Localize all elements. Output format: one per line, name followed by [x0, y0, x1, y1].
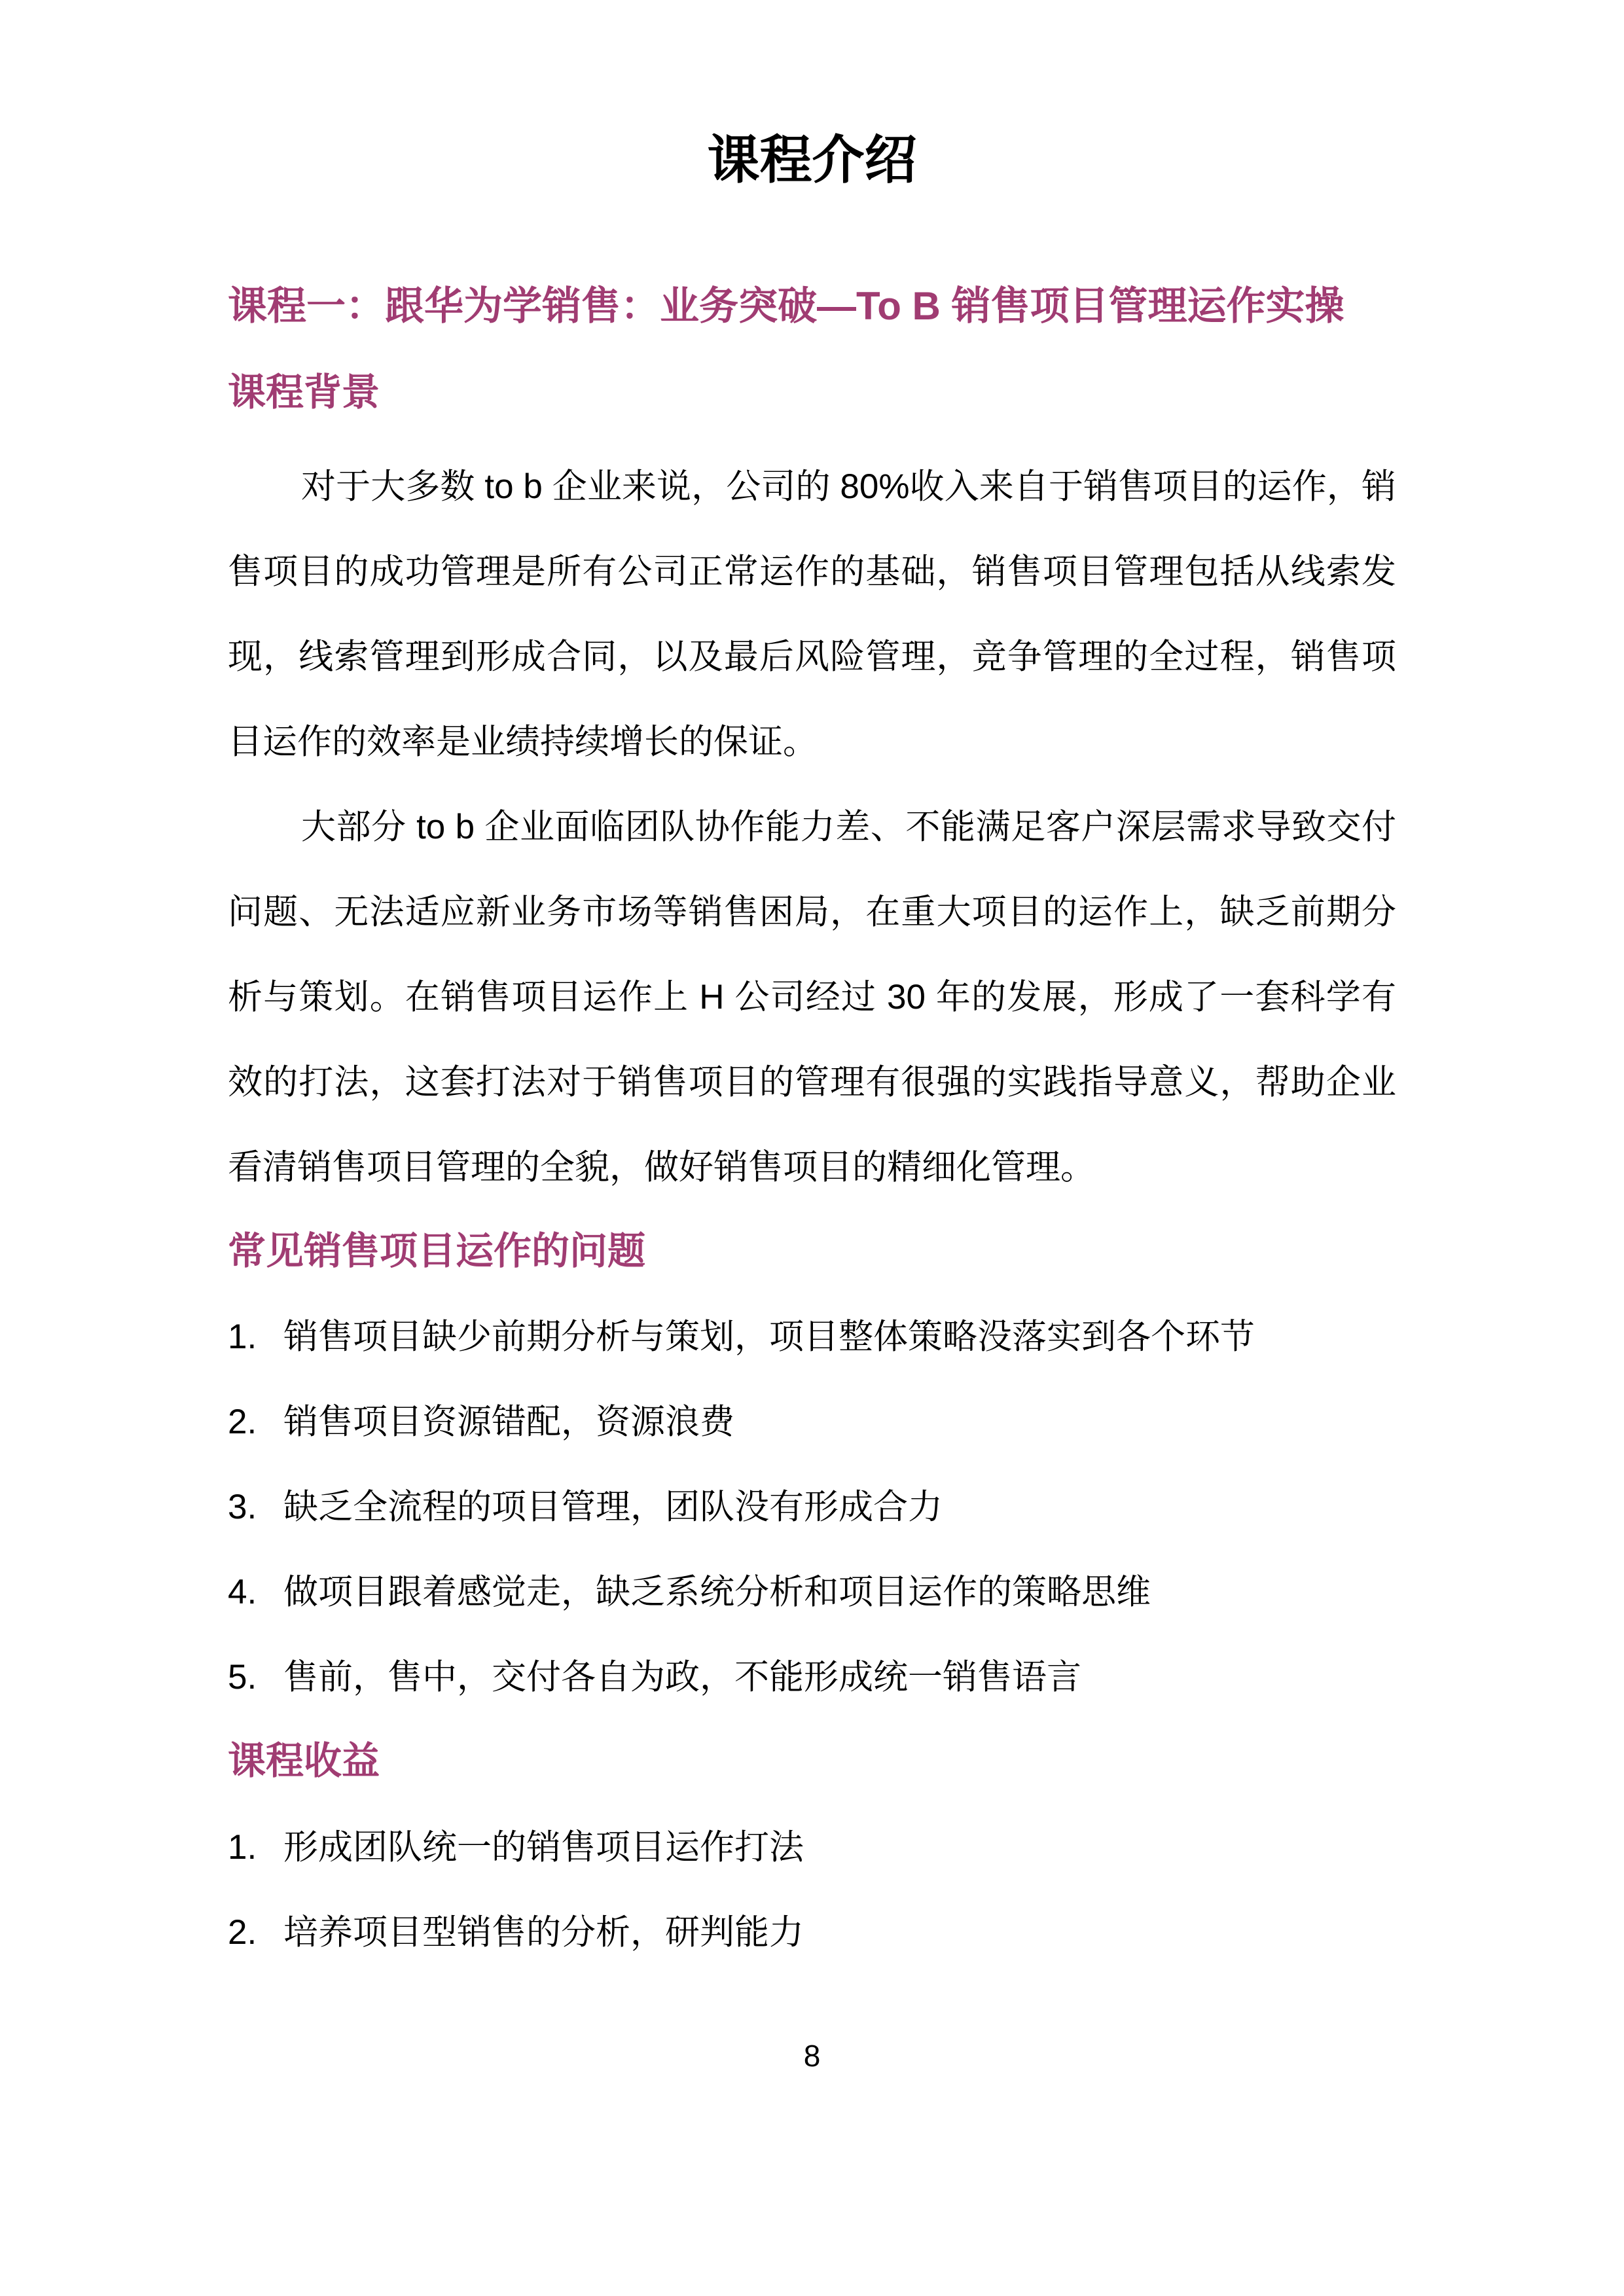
- problems-list-item: 1. 销售项目缺少前期分析与策划，项目整体策略没落实到各个环节: [228, 1295, 1396, 1380]
- problems-list-item: 2. 销售项目资源错配，资源浪费: [228, 1380, 1396, 1465]
- problems-list-item: 4. 做项目跟着感觉走，缺乏系统分析和项目运作的策略思维: [228, 1550, 1396, 1635]
- problems-list-item: 3. 缺乏全流程的项目管理，团队没有形成合力: [228, 1465, 1396, 1550]
- section-heading-common-problems: 常见销售项目运作的问题: [228, 1230, 1396, 1274]
- list-item-text: 缺乏全流程的项目管理，团队没有形成合力: [283, 1465, 1396, 1550]
- list-item-number: 2.: [228, 1380, 283, 1465]
- list-item-number: 2.: [228, 1890, 283, 1975]
- page-number: 8: [0, 2041, 1624, 2071]
- list-item-text: 形成团队统一的销售项目运作打法: [283, 1805, 1396, 1890]
- problems-list-item: 5. 售前，售中，交付各自为政，不能形成统一销售语言: [228, 1635, 1396, 1720]
- benefits-list-item: 1. 形成团队统一的销售项目运作打法: [228, 1805, 1396, 1890]
- list-item-text: 培养项目型销售的分析，研判能力: [283, 1890, 1396, 1975]
- benefits-list-item: 2. 培养项目型销售的分析，研判能力: [228, 1890, 1396, 1975]
- list-item-text: 销售项目资源错配，资源浪费: [283, 1380, 1396, 1465]
- document-page: 课程介绍 课程一：跟华为学销售：业务突破—To B 销售项目管理运作实操 课程背…: [0, 0, 1624, 2296]
- list-item-number: 1.: [228, 1805, 283, 1890]
- list-item-number: 4.: [228, 1550, 283, 1635]
- list-item-number: 1.: [228, 1295, 283, 1380]
- page-title: 课程介绍: [228, 134, 1396, 187]
- list-item-number: 3.: [228, 1465, 283, 1550]
- list-item-number: 5.: [228, 1635, 283, 1720]
- course-background-body: 对于大多数 to b 企业来说，公司的 80%收入来自于销售项目的运作，销售项目…: [228, 444, 1396, 1210]
- list-item-text: 做项目跟着感觉走，缺乏系统分析和项目运作的策略思维: [283, 1550, 1396, 1635]
- problems-list: 1. 销售项目缺少前期分析与策划，项目整体策略没落实到各个环节 2. 销售项目资…: [228, 1295, 1396, 1720]
- benefits-list: 1. 形成团队统一的销售项目运作打法 2. 培养项目型销售的分析，研判能力: [228, 1805, 1396, 1975]
- section-heading-course-background: 课程背景: [228, 371, 1396, 415]
- background-paragraph-2: 大部分 to b 企业面临团队协作能力差、不能满足客户深层需求导致交付问题、无法…: [228, 785, 1396, 1210]
- background-paragraph-1: 对于大多数 to b 企业来说，公司的 80%收入来自于销售项目的运作，销售项目…: [228, 444, 1396, 785]
- list-item-text: 销售项目缺少前期分析与策划，项目整体策略没落实到各个环节: [283, 1295, 1396, 1380]
- course1-title: 课程一：跟华为学销售：业务突破—To B 销售项目管理运作实操: [228, 281, 1396, 331]
- section-heading-course-benefits: 课程收益: [228, 1740, 1396, 1784]
- list-item-text: 售前，售中，交付各自为政，不能形成统一销售语言: [283, 1635, 1396, 1720]
